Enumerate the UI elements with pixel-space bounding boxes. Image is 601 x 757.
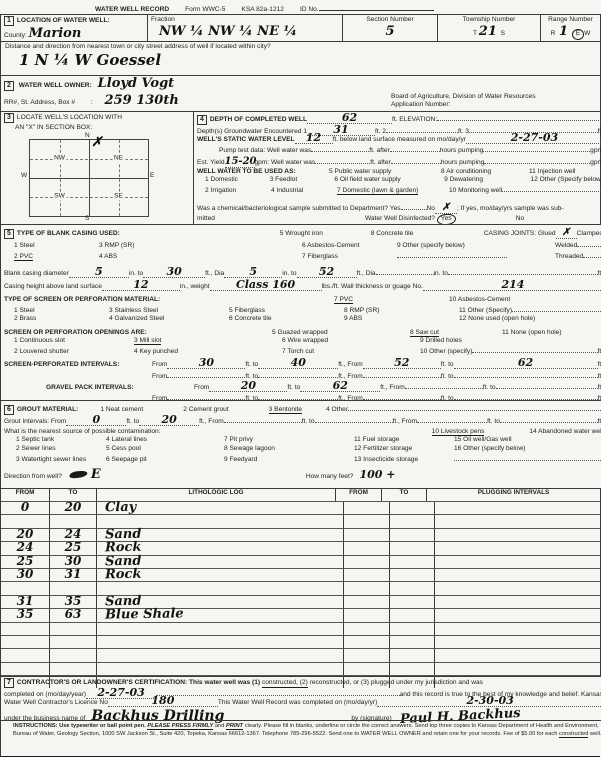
- diameter-label: Blank casing diameter: [4, 270, 69, 278]
- casing-weight-value: Class 160: [236, 278, 295, 291]
- use-option-8: 8 Air conditioning: [441, 168, 529, 176]
- spi-line-1: SCREEN-PERFORATED INTERVALS: From 30 ft.…: [4, 361, 601, 369]
- section-4-depth: 4 DEPTH OF COMPLETED WELL 62 ft. ELEVATI…: [194, 112, 601, 228]
- cert-completed-label: completed on (mo/day/year): [4, 691, 86, 699]
- log-row: [1, 636, 600, 649]
- spi2-blank-3: [363, 370, 441, 378]
- pump-gpm-label: gpm: [590, 147, 601, 155]
- diameter-ft-3-blank: [448, 267, 598, 275]
- sample-question-2-label: ; If yes, mo/day/yrs sample was sub-: [457, 205, 564, 213]
- section-box-dashed-h1: [30, 159, 148, 160]
- spi2-from-label-1: From: [152, 373, 167, 381]
- section-box-drawing: NW NE SW SE ✗: [29, 139, 149, 217]
- joints-welded-label: Welded: [515, 242, 577, 250]
- cert-line-1: 7 CONTRACTOR'S OR LANDOWNER'S CERTIFICAT…: [4, 678, 601, 688]
- screen-option-8: 8 RMP (SR): [344, 307, 459, 315]
- owner-title: WATER WELL OWNER:: [19, 82, 92, 89]
- log-to-value: 35: [65, 596, 82, 607]
- log-row: 3135Sand: [1, 596, 600, 609]
- log-from-value: 25: [17, 556, 34, 567]
- use-option-9: 9 Dewatering: [444, 176, 530, 184]
- diameter-value-3-blank: [376, 267, 434, 275]
- casing-option-3: 3 RMP (SR): [99, 242, 302, 250]
- use-title: WELL WATER TO BE USED AS:: [197, 168, 329, 176]
- screen-option-5: 5 Fiberglass: [229, 307, 344, 315]
- lithologic-log-table: FROM TO LITHOLOGIC LOG FROM TO PLUGGING …: [0, 488, 601, 677]
- yield-ft-after-label: ft. after: [370, 159, 391, 167]
- contam-other-blank: [454, 453, 601, 461]
- sample-no-x-mark: ✗: [442, 202, 450, 213]
- section-6-number: 6: [4, 405, 14, 415]
- openings-option-10: 10 Other (specify): [420, 348, 472, 356]
- gi-from-label-1: From: [51, 418, 66, 426]
- section-6-grout: 6GROUT MATERIAL: 1 Neat cement 2 Cement …: [0, 400, 601, 494]
- use-option-2: 2 Irrigation: [197, 187, 271, 195]
- casing-title: TYPE OF BLANK CASING USED:: [17, 230, 120, 237]
- quadrant-sw-label: SW: [52, 193, 66, 201]
- casing-weight-label: in., weight: [180, 283, 210, 291]
- log-row: 020Clay: [1, 502, 600, 515]
- log-lithology-value: Blue Shale: [105, 608, 184, 620]
- contam-option-3: 3 Watertight sewer lines: [4, 456, 106, 464]
- section-2-owner: 2 WATER WELL OWNER: Lloyd Vogt RR#, St. …: [0, 75, 601, 114]
- section-1-location: 1LOCATION OF WATER WELL: County: Marion …: [0, 14, 601, 77]
- contam-option-10: 10 Livestock pens: [432, 428, 485, 436]
- groundwater-3-label: ft. 3: [458, 128, 469, 136]
- instructions-print: PRINT: [226, 723, 243, 730]
- casing-height-line: Casing height above land surface 12 in.,…: [4, 283, 601, 291]
- openings-option-8: 8 Saw cut: [410, 329, 439, 337]
- county-value: Marion: [29, 26, 82, 41]
- gpi-label: GRAVEL PACK INTERVALS:: [4, 384, 194, 392]
- yield-value: 15-20: [225, 156, 257, 167]
- spi-from-2: 52: [394, 356, 409, 369]
- log-row: [1, 515, 600, 528]
- casing-option-2: 2 PVC: [14, 253, 33, 261]
- log-to-value: 31: [65, 569, 82, 580]
- disinfected-label: Water Well Disinfected?: [365, 215, 435, 223]
- yield-gpm-label: gpm:: [255, 159, 270, 167]
- openings-option-6: 6 Wire wrapped: [282, 337, 420, 345]
- section-box-dashed-v1: [60, 140, 61, 216]
- groundwater-label: Depth(s) Groundwater Encountered: [197, 128, 301, 136]
- gpi-to-1: 62: [333, 379, 348, 392]
- gi-blank-4: [500, 415, 598, 423]
- casing-gauge-value: 214: [501, 278, 524, 291]
- contam-option-14: 14 Abandoned water well: [529, 428, 601, 436]
- openings-option-3: 3 Mill slot: [134, 337, 161, 345]
- gpi2-blank-2: [258, 392, 338, 400]
- section-2-number: 2: [4, 81, 14, 91]
- contamination-title: What is the nearest source of possible c…: [4, 428, 432, 436]
- pump-test-label: Pump test data:: [219, 147, 265, 155]
- log-lithology-value: Clay: [105, 502, 136, 514]
- contam-option-4: 4 Lateral lines: [106, 436, 224, 444]
- casing-weight-unit-label: lbs./ft. Wall thickness or guage No.: [322, 283, 423, 291]
- address-value: 259 130th: [105, 93, 179, 108]
- use-row-a: WELL WATER TO BE USED AS: 5 Public water…: [197, 168, 601, 176]
- yield-gpm-unit-label: gpm: [590, 159, 601, 167]
- sample-no-label: No: [427, 205, 435, 213]
- range-east-circled: E: [571, 29, 584, 41]
- spi2-blank-2: [258, 370, 338, 378]
- contamination-row-b: 1 Septic tank 4 Lateral lines 7 Pit priv…: [4, 436, 601, 444]
- gpi-ftto-label-2: ft. to: [483, 384, 496, 392]
- log-header-from-2: FROM: [336, 489, 382, 501]
- groundwater-ft-label: ft.: [598, 128, 601, 136]
- log-lithology-value: Rock: [105, 569, 142, 581]
- contam-option-1: 1 Septic tank: [4, 436, 106, 444]
- yield-gpm-blank: [484, 156, 590, 164]
- contamination-row-d: 3 Watertight sewer lines 6 Seepage pit 9…: [4, 453, 601, 464]
- gi-ftfrom-label-1: ft., From: [199, 418, 224, 426]
- screen-row-c: 2 Brass 4 Galvanized Steel 6 Concrete ti…: [4, 315, 601, 323]
- section-3-number: 3: [4, 113, 14, 123]
- section-1-number: 1: [4, 16, 14, 26]
- instructions-p4: records. Fee of $5.00 for each: [481, 731, 557, 737]
- screen-title: TYPE OF SCREEN OR PERFORATION MATERIAL:: [4, 296, 334, 304]
- openings-option-4: 4 Key punched: [134, 348, 282, 356]
- yield-well-water-label: Well water was: [271, 159, 315, 167]
- use-row-c: 2 Irrigation 4 Industrial 7 Domestic (la…: [197, 184, 601, 195]
- screen-option-10: 10 Asbestos-Cement: [449, 296, 510, 304]
- spi-from-1: 30: [199, 356, 214, 369]
- grout-other-blank: [348, 403, 601, 411]
- casing-option-1: 1 Steel: [4, 242, 99, 250]
- log-from-value: 30: [17, 569, 34, 580]
- contam-option-12: 12 Fertilizer storage: [354, 445, 454, 453]
- openings-option-7: 7 Torch cut: [282, 348, 420, 356]
- form-title: WATER WELL RECORD: [95, 6, 169, 14]
- use-option-6: 6 Oil field water supply: [334, 176, 444, 184]
- township-value: 21: [479, 24, 497, 39]
- form-id-blank: [319, 3, 434, 11]
- gpi-from-1: 20: [241, 379, 256, 392]
- compass-east-label: E: [150, 172, 154, 180]
- groundwater-1-value: 31: [333, 123, 348, 136]
- board-block: Board of Agriculture, Division of Water …: [391, 93, 596, 109]
- diameter-ft-label: ft.: [598, 270, 601, 278]
- scribble-mark-icon: [68, 470, 88, 479]
- compass-west-label: W: [21, 172, 27, 180]
- distance-value: 1 N ¼ W Goessel: [19, 51, 161, 69]
- casing-height-value: 12: [133, 278, 148, 291]
- casing-option-6: 6 Asbestos-Cement: [302, 242, 397, 250]
- gpi2-blank-1: [167, 392, 245, 400]
- elevation-label: ft. ELEVATION:: [392, 116, 437, 124]
- fraction-cell: Fraction NW ¼ NW ¼ NE ¼: [147, 15, 342, 41]
- application-number-label: Application Number:: [391, 101, 596, 109]
- owner-value: Lloyd Vogt: [98, 76, 175, 91]
- spi2-blank-4: [454, 370, 598, 378]
- yield-hours-label: hours pumping: [441, 159, 485, 167]
- openings-option-11: 11 None (open hole): [502, 329, 562, 337]
- gpi-blank-2: [496, 381, 598, 389]
- direction-value: E: [91, 467, 101, 483]
- joints-threaded-label: Threaded: [515, 253, 583, 261]
- log-lithology-value: Sand: [105, 528, 142, 540]
- openings-option-5: 5 Guazed wrapped: [272, 329, 410, 337]
- log-lithology-value: Sand: [105, 595, 142, 607]
- contamination-row-c: 2 Sewer lines 5 Cess pool 8 Sewage lagoo…: [4, 445, 601, 453]
- screen-option-6: 6 Concrete tile: [229, 315, 344, 323]
- gi-blank-3: [417, 415, 487, 423]
- locate-title-1: LOCATE WELL'S LOCATION WITH: [17, 114, 122, 121]
- county-label: County:: [4, 32, 27, 39]
- joints-threaded-blank: [583, 250, 601, 258]
- section-4-number: 4: [197, 115, 207, 125]
- quadrant-se-label: SE: [112, 193, 125, 201]
- contam-option-2: 2 Sewer lines: [4, 445, 106, 453]
- screen-option-11: 11 Other (Specify): [459, 307, 512, 315]
- contam-option-7: 7 Pit privy: [224, 436, 354, 444]
- section-7-certification: 7 CONTRACTOR'S OR LANDOWNER'S CERTIFICAT…: [0, 676, 601, 724]
- direction-row: Direction from well? E How many feet? 10…: [4, 467, 601, 483]
- use-option-10-blank: [502, 184, 601, 192]
- log-from-value: 20: [17, 529, 34, 540]
- log-lithology-value: Rock: [105, 542, 142, 554]
- spi-to-1: 40: [291, 356, 306, 369]
- spi-ftto-label-2: ft. to: [441, 361, 454, 369]
- depth-line: 4 DEPTH OF COMPLETED WELL 62 ft. ELEVATI…: [197, 113, 601, 125]
- section-box-dashed-h2: [30, 197, 148, 198]
- pump-ft-blank: [311, 144, 369, 152]
- use-option-4: 4 Industrial: [271, 187, 337, 195]
- gpi-line-1: GRAVEL PACK INTERVALS: From 20 ft. to 62…: [4, 381, 601, 392]
- log-row: [1, 582, 600, 595]
- log-header-row: FROM TO LITHOLOGIC LOG FROM TO PLUGGING …: [1, 489, 600, 502]
- screen-option-3: 3 Stainless Steel: [109, 307, 229, 315]
- spi-from-label-1: From: [152, 361, 167, 369]
- form-number: Form WWC-5: [185, 6, 225, 14]
- openings-option-10-blank: [472, 345, 597, 353]
- gpi-blank-1: [405, 381, 483, 389]
- spi2-blank-1: [167, 370, 245, 378]
- section-3-locate: 3LOCATE WELL'S LOCATION WITH AN "X" IN S…: [1, 112, 194, 226]
- log-row: 3031Rock: [1, 569, 600, 582]
- static-level-date: 2-27-03: [511, 131, 558, 144]
- locate-title-2: AN "X" IN SECTION BOX:: [1, 124, 193, 132]
- spi-label: SCREEN-PERFORATED INTERVALS:: [4, 361, 152, 369]
- instructions-block: INSTRUCTIONS: Use typewriter or ball poi…: [0, 720, 601, 757]
- grout-option-2: 2 Cement grout: [183, 406, 228, 414]
- static-level-value: 12: [306, 131, 321, 144]
- direction-label: Direction from well?: [4, 473, 62, 481]
- log-to-value: 25: [65, 542, 82, 553]
- screen-option-2: 2 Brass: [4, 315, 109, 323]
- log-from-value: 24: [17, 542, 34, 553]
- range-r-label: R: [551, 30, 556, 37]
- cert-line-1-rest: reconstructed, or (3) plugged under my j…: [310, 679, 483, 687]
- log-to-value: 30: [65, 556, 82, 567]
- diameter-ftdia-label-1: ft., Dia: [205, 270, 224, 278]
- diameter-ftdia-label-2: ft., Dia: [357, 270, 376, 278]
- form-header: WATER WELL RECORD Form WWC-5 KSA 82a-121…: [95, 3, 434, 14]
- howmany-value: 100 +: [359, 468, 395, 482]
- pump-ft-after-label: ft. after: [369, 147, 390, 155]
- yield-line: Est. Yield 15-20 gpm: Well water was ft.…: [197, 156, 601, 168]
- log-row: 2024Sand: [1, 529, 600, 542]
- pump-test-line: Pump test data: Well water was ft. after…: [197, 144, 601, 155]
- gpi-ftfrom-label: ft., From: [380, 384, 405, 392]
- section-3-4-row: 3LOCATE WELL'S LOCATION WITH AN "X" IN S…: [0, 111, 601, 227]
- address-label: RR#, St. Address, Box #: [4, 99, 89, 107]
- compass-north-label: N: [85, 132, 90, 140]
- casing-row-c: 2 PVC 4 ABS 7 Fiberglass Threaded: [4, 250, 601, 261]
- spi-ft-label: ft.: [598, 361, 601, 369]
- log-row: 2530Sand: [1, 556, 600, 569]
- compass-south-label: S: [85, 215, 89, 223]
- casing-option-9: 9 Other (specify below): [397, 242, 515, 250]
- disinfected-no-label: No: [516, 215, 524, 223]
- use-option-5: 5 Public water supply: [329, 168, 441, 176]
- log-header-plugging: PLUGGING INTERVALS: [427, 489, 600, 501]
- log-from-value: 0: [21, 502, 29, 513]
- instructions-p2: clearly. Please fill in blanks, underlin…: [245, 723, 553, 729]
- quadrant-ne-label: NE: [112, 155, 125, 163]
- section-number-cell: Section Number 5: [342, 15, 437, 41]
- depth-label: DEPTH OF COMPLETED WELL: [210, 116, 307, 124]
- pump-gpm-blank: [483, 144, 590, 152]
- range-cell: Range Number R 1 EW: [540, 15, 600, 41]
- yield-hours-blank: [391, 156, 441, 164]
- section-1-title: LOCATION OF WATER WELL:: [17, 17, 110, 24]
- well-x-mark-icon: ✗: [91, 135, 102, 151]
- gpi-from-label-1: From: [194, 384, 209, 392]
- casing-height-label: Casing height above land surface: [4, 283, 102, 291]
- spi2-ftto-label-2: ft. to: [441, 373, 454, 381]
- cert-record-completed-label: This Water Well Record was completed on …: [218, 699, 377, 707]
- spi-ftto-label-1: ft. to: [245, 361, 258, 369]
- screen-row-a: TYPE OF SCREEN OR PERFORATION MATERIAL: …: [4, 296, 601, 304]
- instructions-press-firmly: PLEASE PRESS FIRMLY: [147, 723, 213, 730]
- gpi2-blank-3: [363, 392, 441, 400]
- cert-constructed-underlined: constructed, (2): [262, 679, 308, 688]
- screen-option-1: 1 Steel: [4, 307, 109, 315]
- township-label: Township Number: [441, 16, 537, 24]
- township-cell: Township Number T 21 S: [437, 15, 540, 41]
- spi-line-2: From ft. to ft., From ft. to ft.: [4, 370, 601, 381]
- contamination-title-row: What is the nearest source of possible c…: [4, 428, 601, 436]
- contam-option-16: 16 Other (specify below): [454, 445, 525, 453]
- yield-ft-blank: [315, 156, 370, 164]
- board-label: Board of Agriculture, Division of Water …: [391, 93, 596, 101]
- openings-option-9: 9 Drilled holes: [420, 337, 462, 345]
- use-option-3: 3 Feedlot: [270, 176, 335, 184]
- use-option-12: 12 Other (Specify below): [530, 176, 601, 184]
- casing-row-a: 5TYPE OF BLANK CASING USED: 5 Wrought ir…: [4, 227, 601, 239]
- joints-clamped-label: Clamped: [577, 230, 601, 238]
- joints-glued-x-mark: ✗: [562, 227, 570, 238]
- contam-option-8: 8 Sewage lagoon: [224, 445, 354, 453]
- pump-hours-blank: [390, 144, 440, 152]
- grout-intervals-line: Grout Intervals: From 0 ft. to 20 ft., F…: [4, 415, 601, 426]
- casing-joints-label: CASING JOINTS: Glued: [484, 230, 556, 238]
- gi-blank-2: [315, 415, 393, 423]
- spi-to-2: 62: [518, 356, 533, 369]
- groundwater-2-blank: [386, 125, 458, 133]
- openings-option-2: 2 Louvered shutter: [4, 348, 134, 356]
- diameter-ft-2: 52: [319, 265, 334, 278]
- use-option-1: 1 Domestic: [197, 176, 270, 184]
- contam-option-6: 6 Seepage pit: [106, 456, 224, 464]
- sample-line: Was a chemical/bacteriological sample su…: [197, 202, 601, 214]
- instructions-constructed: constructed: [559, 731, 588, 738]
- gi-ftto-label-3: ft. to: [487, 418, 500, 426]
- section-number-value: 5: [385, 24, 394, 39]
- groundwater-2-label: ft. 2: [375, 128, 386, 136]
- form-id-label: ID No.: [300, 6, 319, 14]
- sample-question-label: Was a chemical/bacteriological sample su…: [197, 205, 401, 213]
- diameter-value-2: 5: [249, 265, 257, 278]
- pump-hours-label: hours pumping: [440, 147, 484, 155]
- casing-option-8: 8 Concrete tile: [371, 230, 484, 238]
- section-5-casing: 5TYPE OF BLANK CASING USED: 5 Wrought ir…: [0, 224, 601, 406]
- quadrant-nw-label: NW: [52, 155, 67, 163]
- instructions-p1: INSTRUCTIONS: Use typewriter or ball poi…: [13, 723, 146, 729]
- sample-yes-blank: [401, 202, 427, 210]
- openings-row-c: 2 Louvered shutter 4 Key punched 7 Torch…: [4, 345, 601, 356]
- grout-option-3: 3 Bentonite: [269, 406, 302, 414]
- diameter-value-1: 5: [95, 265, 103, 278]
- gi-ft-label: ft.: [598, 418, 601, 426]
- contam-option-15: 15 Oil well/Gas well: [454, 436, 512, 444]
- openings-row-a: SCREEN OR PERFORATION OPENINGS ARE: 5 Gu…: [4, 329, 601, 337]
- fraction-label: Fraction: [151, 16, 339, 24]
- screen-option-4: 4 Galvanized Steel: [109, 315, 229, 323]
- gpi-ft-label: ft.: [598, 384, 601, 392]
- cert-line-2-blank: [156, 688, 399, 696]
- gi-to-1: 20: [161, 413, 176, 426]
- range-west-label: W: [584, 30, 590, 37]
- howmany-label: How many feet?: [306, 473, 354, 481]
- township-s-label: S: [501, 30, 505, 37]
- gi-blank-1: [224, 415, 302, 423]
- form-ksa: KSA 82a-1212: [241, 6, 284, 14]
- log-to-value: 63: [65, 609, 82, 620]
- screen-option-9: 9 ABS: [344, 315, 459, 323]
- range-label: Range Number: [544, 16, 597, 24]
- log-row: 2425Rock: [1, 542, 600, 555]
- openings-title: SCREEN OR PERFORATION OPENINGS ARE:: [4, 329, 272, 337]
- diameter-ft-1: 30: [167, 265, 182, 278]
- screen-option-7: 7 PVC: [334, 296, 353, 304]
- joints-welded-blank: [577, 239, 601, 247]
- log-from-value: 35: [17, 609, 34, 620]
- contam-option-13: 13 Insecticide storage: [354, 456, 454, 464]
- casing-row-b: 1 Steel 3 RMP (SR) 6 Asbestos-Cement 9 O…: [4, 239, 601, 250]
- distance-row: Distance and direction from nearest town…: [1, 41, 600, 77]
- yield-label: Est. Yield: [197, 159, 225, 167]
- log-from-value: 31: [17, 596, 34, 607]
- static-level-label: WELL'S STATIC WATER LEVEL: [197, 136, 295, 144]
- openings-option-1: 1 Continuous slot: [4, 337, 134, 345]
- county-cell: 1LOCATION OF WATER WELL: County: Marion: [1, 15, 147, 41]
- casing-option-7: 7 Fiberglass: [302, 253, 397, 261]
- gi-ftfrom-label-2: ft., From: [393, 418, 418, 426]
- use-row-b: 1 Domestic 3 Feedlot 6 Oil field water s…: [197, 176, 601, 184]
- section-box-center-horizontal: [30, 178, 148, 179]
- screen-option-11-blank: [512, 304, 601, 312]
- contam-option-9: 9 Feedyard: [224, 456, 354, 464]
- gpi2-blank-4: [454, 392, 598, 400]
- instructions-p5: well.: [590, 731, 601, 737]
- gi-ftto-label-1: ft. to: [126, 418, 139, 426]
- log-to-value: 24: [65, 529, 82, 540]
- log-row: [1, 623, 600, 636]
- pump-well-water-label: Well water was: [267, 147, 311, 155]
- range-value: 1: [559, 24, 568, 39]
